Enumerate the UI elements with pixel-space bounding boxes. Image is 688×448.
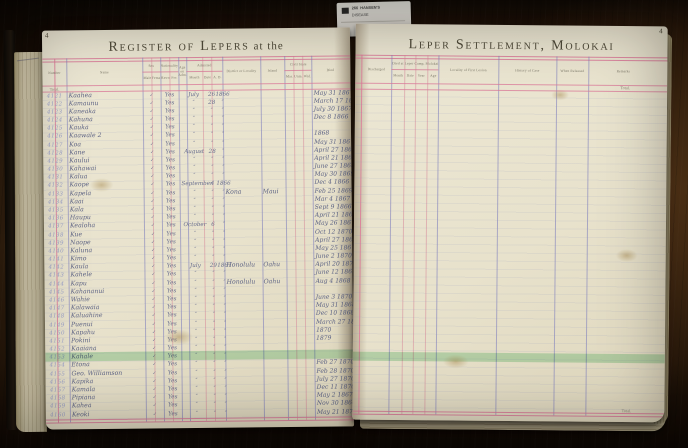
cell-no: 4121 [44, 92, 66, 100]
cell-died: May 31 1868 [316, 302, 350, 310]
column-header: Discharged [361, 57, 391, 83]
cell-m: July [182, 262, 208, 270]
cell-sex: ✓ [144, 115, 160, 123]
cell-m: ″ [182, 213, 208, 221]
column-label: Unm. [293, 74, 302, 78]
cell-nat: Yes [163, 393, 183, 401]
cell-y: ″ [217, 360, 233, 368]
cell-y: ″ [217, 368, 233, 376]
cell-m: ″ [184, 409, 210, 417]
cell-died: Dec 10 1868 [316, 310, 350, 318]
cell-died: July 30 1867 [314, 105, 348, 113]
cell-nat: Yes [160, 123, 180, 131]
cell-sex: ✓ [146, 369, 162, 377]
cell-m: ″ [182, 205, 208, 213]
cell-no: 4138 [45, 231, 67, 239]
column-header: Died [311, 57, 348, 82]
cell-nat: Yes [161, 246, 181, 254]
cell-sex: ✓ [147, 385, 163, 393]
cell-sex: ✓ [146, 312, 162, 320]
cell-sex: ✓ [144, 107, 160, 115]
cell-y: ″ [218, 393, 234, 401]
cell-nat: Yes [161, 271, 181, 279]
cell-m: ″ [181, 123, 207, 131]
right-page: 4 Leper Settlement, Molokai Total. Total… [352, 24, 667, 423]
column-label: A. D. [211, 75, 222, 79]
cell-sex: ✓ [144, 140, 160, 148]
cell-m: ″ [181, 139, 207, 147]
cell-no: 4148 [46, 313, 68, 321]
cell-y: ″ [218, 409, 234, 417]
cell-no: 4133 [45, 190, 67, 198]
column-label: Date [202, 75, 211, 79]
column-subheader: Year [415, 69, 427, 83]
cell-no: 4140 [45, 247, 67, 255]
column-label: Died [311, 68, 348, 72]
paper-stain [89, 178, 113, 192]
cell-nat: Yes [162, 361, 182, 369]
cell-y: ″ [215, 164, 231, 172]
cell-died: May 31 1867 [314, 138, 348, 146]
cell-m: ″ [182, 197, 208, 205]
column-subheader: Date [404, 69, 415, 83]
column-header: Age on Adm. [178, 59, 186, 84]
cell-y: ″ [216, 221, 232, 229]
cell-no: 4123 [44, 108, 66, 116]
column-label: Female [151, 76, 160, 80]
cell-nat: Yes [161, 230, 181, 238]
column-subheader: Month [186, 71, 202, 84]
cell-sex: ✓ [145, 197, 161, 205]
barcode-icon [342, 8, 349, 14]
cell-district: Honolulu [226, 262, 260, 270]
left-page: 4 Register of Lepers at the Total. Numbe… [42, 27, 354, 429]
column-header: History of Case [498, 58, 556, 85]
cell-sex: ✓ [145, 189, 161, 197]
left-title-main: Register of Lepers [108, 38, 249, 54]
column-label: Date [404, 74, 415, 78]
cell-sex: ✓ [144, 181, 160, 189]
column-header: Name [66, 60, 142, 86]
cell-died: July 27 1870 [317, 375, 351, 383]
cell-nat: Yes [162, 303, 182, 311]
column-header: Locality of First Lesion [438, 57, 498, 84]
column-label: Age on Adm. [178, 66, 186, 78]
cell-died: April 21 1867 [314, 154, 348, 162]
cell-nat: Yes [162, 287, 182, 295]
column-header: Island [260, 58, 284, 83]
cell-y: ″ [217, 303, 233, 311]
cell-no: 4128 [44, 149, 66, 157]
cell-died: Feb 27 1870 [316, 359, 350, 367]
column-subheader: A. D. [211, 71, 222, 84]
cell-died: Oct 12 1870 [315, 228, 349, 236]
column-label: Month [186, 76, 202, 80]
cell-no: 4122 [44, 100, 66, 108]
cell-m: ″ [182, 238, 208, 246]
cell-died: April 21 1867 [315, 212, 349, 220]
cell-died: April 27 1867 [315, 236, 349, 244]
column-header: District or Locality [222, 58, 260, 83]
cell-died: June 3 1870 [316, 293, 350, 301]
cell-m: ″ [184, 401, 210, 409]
cell-died: May 26 1867 [315, 220, 349, 228]
cell-m: September [181, 180, 207, 188]
cell-no: 4150 [46, 329, 68, 337]
cell-died: 1870 [316, 326, 350, 334]
cell-no: 4136 [45, 215, 67, 223]
cell-m: ″ [181, 164, 207, 172]
cell-no: 4137 [45, 223, 67, 231]
column-subheader: Hawn. [160, 71, 169, 84]
cell-sex: ✓ [146, 320, 162, 328]
column-label: Nationality [160, 64, 178, 68]
column-label: Male [142, 76, 151, 80]
cell-nat: Yes [163, 410, 183, 418]
cell-m: ″ [182, 270, 208, 278]
cell-nat: Yes [163, 377, 183, 385]
column-label: Wid. [302, 74, 311, 78]
cell-sex: ✓ [147, 394, 163, 402]
cell-m: October [182, 221, 208, 229]
cell-died: Nov 30 1866 [317, 400, 351, 408]
cell-no: 4156 [47, 378, 69, 386]
ledger-photo-scene: 266 HANSEN'S DISEASE 4 Register of Leper… [0, 0, 688, 448]
cell-sex: ✓ [144, 91, 160, 99]
cell-sex: ✓ [146, 336, 162, 344]
cell-nat: Yes [161, 238, 181, 246]
cell-died: May 21 1870 [317, 408, 351, 416]
cell-no: 4155 [46, 370, 68, 378]
cell-sex: ✓ [145, 205, 161, 213]
cell-m: ″ [181, 156, 207, 164]
cell-nat: Yes [160, 172, 180, 180]
cell-died: Dec 11 1870 [317, 383, 351, 391]
cell-died: April 20 1874 [315, 261, 349, 269]
cell-nat: Yes [162, 369, 182, 377]
column-subheader: Wid. [302, 70, 311, 83]
cell-no: 4143 [45, 272, 67, 280]
column-label: Locality of First Lesion [438, 68, 498, 72]
column-label: Remarks [588, 70, 658, 74]
cell-died: May 30 1869 [314, 171, 348, 179]
cell-y: ″ [216, 205, 232, 213]
cell-died: March 17 1867 [314, 97, 348, 105]
cell-y: ″ [216, 254, 232, 262]
column-label: Name [66, 70, 142, 75]
cell-m: ″ [183, 319, 209, 327]
cell-m: ″ [183, 360, 209, 368]
column-group-header: Civil State [284, 59, 311, 70]
column-subheader: Mar. [284, 70, 293, 83]
column-label: Number [42, 71, 66, 75]
tag-divider [341, 20, 405, 23]
cell-sex: ✓ [145, 263, 161, 271]
column-subheader: Male [142, 71, 151, 84]
cell-nat: Yes [161, 197, 181, 205]
column-group-header: Admitted [186, 60, 222, 71]
column-header: When Released [556, 58, 588, 84]
cell-y: ″ [216, 213, 232, 221]
cell-m: ″ [182, 254, 208, 262]
cell-sex: ✓ [144, 156, 160, 164]
cell-m: ″ [182, 229, 208, 237]
cell-m: ″ [181, 172, 207, 180]
cell-nat: Yes [162, 279, 182, 287]
cell-no: 4126 [44, 133, 66, 141]
cell-no: 4151 [46, 337, 68, 345]
cell-died: March 27 1868 [316, 318, 350, 326]
cell-no: 4125 [44, 125, 66, 133]
column-subheader: For. [169, 71, 178, 84]
cell-nat: Yes [160, 115, 180, 123]
cell-no: 4129 [44, 157, 66, 165]
cell-sex: ✓ [145, 222, 161, 230]
cell-died: May 2 1867 [317, 392, 351, 400]
cell-m: ″ [184, 393, 210, 401]
cell-no: 4159 [47, 403, 69, 411]
cell-y: ″ [215, 98, 231, 106]
cell-sex: ✓ [146, 328, 162, 336]
cell-sex: ✓ [146, 287, 162, 295]
cell-district: Kona [226, 188, 260, 196]
cell-died: Feb 28 1870 [316, 367, 350, 375]
column-subheader: Date [202, 71, 211, 84]
cell-y: ″ [217, 295, 233, 303]
column-header: Remarks [588, 59, 658, 86]
cell-y: ″ [216, 270, 232, 278]
paper-stain [443, 354, 469, 368]
cell-island: Oahu [263, 261, 285, 269]
cell-y: ″ [217, 286, 233, 294]
cell-y: ″ [216, 237, 232, 245]
left-page-title: Register of Lepers at the [42, 35, 350, 56]
column-label: For. [169, 76, 178, 80]
column-subheader: Unm. [293, 70, 302, 83]
cell-m: ″ [184, 377, 210, 385]
cell-y: ″ [215, 123, 231, 131]
cell-sex: ✓ [147, 377, 163, 385]
cell-m: August [181, 148, 207, 156]
cell-m: ″ [182, 189, 208, 197]
cell-y: ″ [217, 327, 233, 335]
column-label: Civil State [284, 62, 311, 66]
cell-died: May 25 1867 [315, 244, 349, 252]
cell-died: April 27 1867 [314, 146, 348, 154]
cell-no: 4139 [45, 239, 67, 247]
cell-nat: Yes [160, 164, 180, 172]
cell-died: Dec 4 1866 [314, 179, 348, 187]
cell-sex: ✓ [144, 165, 160, 173]
column-label: Died at Leper Camp, Molokai [391, 62, 438, 66]
cell-sex: ✓ [145, 238, 161, 246]
tag-code-and-title: 266 HANSEN'S [352, 6, 380, 11]
cell-m: ″ [183, 368, 209, 376]
cell-nat: Yes [160, 148, 180, 156]
cell-y: ″ [216, 196, 232, 204]
tag-subtitle: DISEASE [352, 13, 369, 17]
column-label: Month [391, 74, 404, 78]
cell-no: 4158 [47, 395, 69, 403]
column-label: When Released [556, 69, 588, 73]
column-label: Mar. [284, 75, 293, 79]
cell-no: 4135 [45, 206, 67, 214]
cell-died: Aug 4 1868 [316, 277, 350, 285]
cell-sex: ✓ [145, 230, 161, 238]
cell-sex: ✓ [144, 124, 160, 132]
cell-y: ″ [218, 385, 234, 393]
cell-died: 1868 [314, 130, 348, 138]
cell-no: 4132 [45, 182, 67, 190]
cell-y: ″ [215, 115, 231, 123]
cell-no: 4142 [45, 264, 67, 272]
cell-no: 4145 [46, 288, 68, 296]
cell-m: ″ [181, 131, 207, 139]
cell-sex: ✓ [147, 402, 163, 410]
cell-sex: ✓ [147, 410, 163, 418]
cell-died: 1879 [316, 334, 350, 342]
cell-island: Maui [263, 188, 285, 196]
right-page-title: Leper Settlement, Molokai [355, 35, 667, 56]
pencil-note [17, 58, 39, 65]
cell-nat: Yes [162, 295, 182, 303]
cell-sex: ✓ [146, 279, 162, 287]
cell-no: 4130 [44, 165, 66, 173]
cell-no: 4160 [47, 411, 69, 419]
cell-nat: Yes [161, 189, 181, 197]
cell-nat: Yes [163, 385, 183, 393]
cell-died: Mar 4 1867 [315, 195, 349, 203]
cell-m: ″ [183, 295, 209, 303]
column-label: Age [427, 74, 438, 78]
cell-y: ″ [217, 311, 233, 319]
cell-nat: Yes [161, 254, 181, 262]
cell-no: 4157 [47, 386, 69, 394]
cell-nat: Yes [163, 401, 183, 409]
cell-died: June 2 1870 [315, 253, 349, 261]
cell-no: 4127 [44, 141, 66, 149]
cell-no: 4144 [46, 280, 68, 288]
cell-nat: Yes [161, 262, 181, 270]
cell-nat: Yes [160, 91, 180, 99]
column-label: Island [260, 69, 284, 73]
cell-y: ″ [218, 401, 234, 409]
cell-no: 4146 [46, 296, 68, 304]
cell-nat: Yes [161, 222, 181, 230]
column-subheader: Month [391, 69, 404, 83]
cell-nat: Yes [160, 132, 180, 140]
cell-sex: ✓ [145, 214, 161, 222]
paper-stain [551, 89, 569, 100]
cell-no: 4154 [46, 362, 68, 370]
cell-died: Feb 25 1869 [315, 187, 349, 195]
cell-m: ″ [182, 246, 208, 254]
paper-stain [165, 329, 193, 345]
cell-nat: Yes [160, 99, 180, 107]
cell-y: 1866 [215, 90, 231, 98]
cell-nat: Yes [161, 205, 181, 213]
cell-m: ″ [183, 303, 209, 311]
cell-died: June 27 1868 [314, 163, 348, 171]
cell-sex: ✓ [144, 99, 160, 107]
cell-m: ″ [184, 385, 210, 393]
cell-nat: Yes [161, 213, 181, 221]
cell-sex: ✓ [146, 295, 162, 303]
cell-sex: ✓ [146, 361, 162, 369]
cell-sex: ✓ [144, 132, 160, 140]
column-label: History of Case [498, 69, 556, 73]
left-title-suffix: at the [254, 40, 284, 52]
total-label-right-top: Total. [620, 86, 630, 91]
cell-died: Sept 9 1866 [315, 203, 349, 211]
cell-nat: Yes [160, 140, 180, 148]
cell-nat: Yes [160, 181, 180, 189]
cell-y: ″ [216, 246, 232, 254]
page-number-right: 4 [659, 27, 663, 35]
column-label: Discharged [361, 68, 391, 72]
cell-district: Honolulu [227, 278, 261, 286]
cell-died: June 12 1869 [315, 269, 349, 277]
cell-no: 4124 [44, 116, 66, 124]
cell-y: ″ [215, 172, 231, 180]
cell-m: July [181, 90, 207, 98]
cell-no: 4149 [46, 321, 68, 329]
cell-m: ″ [183, 287, 209, 295]
column-label: Hawn. [160, 76, 169, 80]
cell-y: ″ [215, 156, 231, 164]
cell-sex: ✓ [145, 254, 161, 262]
cell-no: 4141 [45, 255, 67, 263]
cell-m: ″ [183, 311, 209, 319]
cell-m: ″ [183, 279, 209, 287]
cell-y: 1866 [215, 180, 231, 188]
column-header: Number [42, 60, 66, 85]
cell-died: Dec 8 1866 [314, 113, 348, 121]
cell-m: ″ [181, 99, 207, 107]
cell-sex: ✓ [144, 148, 160, 156]
cell-y: ″ [216, 229, 232, 237]
column-group-header: Sex [142, 60, 160, 71]
column-group-header: Died at Leper Camp, Molokai [391, 58, 438, 69]
cell-y: ″ [215, 107, 231, 115]
right-title-main: Leper Settlement, Molokai [409, 37, 615, 54]
column-label: District or Locality [222, 69, 260, 73]
cell-no: 4131 [44, 174, 66, 182]
cell-y: ″ [217, 319, 233, 327]
cell-nat: Yes [162, 312, 182, 320]
cell-no: 4134 [45, 198, 67, 206]
cell-died: May 31 1867 [314, 89, 348, 97]
cell-name: Keoki [72, 410, 144, 419]
cell-no: 4147 [46, 305, 68, 313]
cell-sex: ✓ [145, 246, 161, 254]
cell-sex: ✓ [146, 304, 162, 312]
column-subheader: Female [151, 71, 160, 84]
cell-y: ″ [215, 147, 231, 155]
cell-y: ″ [215, 139, 231, 147]
cell-nat: Yes [160, 107, 180, 115]
cell-m: ″ [181, 107, 207, 115]
column-label: Admitted [186, 63, 222, 67]
paper-stain [616, 249, 638, 262]
column-subheader: Age [427, 69, 438, 83]
column-label: Sex [142, 64, 160, 68]
cell-y: ″ [215, 131, 231, 139]
cell-y: ″ [217, 336, 233, 344]
cell-y: ″ [218, 376, 234, 384]
cell-island: Oahu [264, 278, 286, 286]
cell-nat: Yes [160, 156, 180, 164]
